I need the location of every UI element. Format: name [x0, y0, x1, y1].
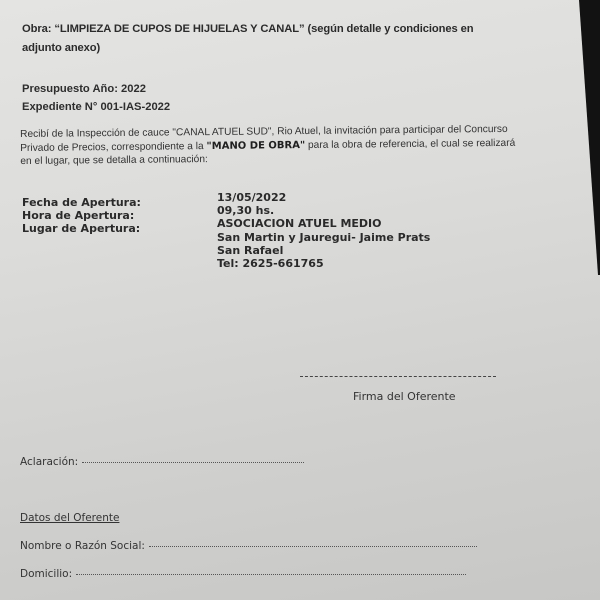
- expediente-text: Expediente N° 001-IAS-2022: [22, 101, 170, 113]
- obra-line-2: adjunto anexo): [22, 39, 473, 58]
- obra-title: Obra: “LIMPIEZA DE CUPOS DE HIJUELAS Y C…: [22, 20, 473, 58]
- section-title: Datos del Oferente: [20, 512, 119, 524]
- lugar-line-2: San Martin y Jauregui- Jaime Prats: [217, 231, 430, 244]
- nombre-dotted-line[interactable]: [149, 545, 477, 547]
- nombre-label: Nombre o Razón Social:: [20, 540, 145, 552]
- presupuesto-text: Presupuesto Año: 2022: [22, 83, 146, 95]
- domicilio-label: Domicilio:: [20, 568, 72, 580]
- lugar-label: Lugar de Apertura:: [22, 222, 141, 235]
- invitation-paragraph: Recibí de la Inspección de cauce "CANAL …: [20, 123, 520, 169]
- fecha-value: 13/05/2022: [217, 191, 430, 204]
- domicilio-field[interactable]: Domicilio:: [20, 568, 466, 580]
- fecha-label: Fecha de Apertura:: [22, 196, 141, 209]
- lugar-line-4: Tel: 2625-661765: [217, 257, 430, 270]
- lugar-line-1: ASOCIACION ATUEL MEDIO: [217, 217, 430, 230]
- domicilio-dotted-line[interactable]: [76, 573, 466, 575]
- mano-de-obra-emphasis: "MANO DE OBRA": [206, 140, 305, 152]
- opening-values: 13/05/2022 09,30 hs. ASOCIACION ATUEL ME…: [217, 191, 430, 270]
- aclaracion-field[interactable]: Aclaración:: [20, 456, 304, 468]
- signature-label: Firma del Oferente: [353, 390, 456, 403]
- obra-line-1: Obra: “LIMPIEZA DE CUPOS DE HIJUELAS Y C…: [22, 20, 473, 39]
- opening-labels: Fecha de Apertura: Hora de Apertura: Lug…: [22, 196, 141, 236]
- aclaracion-label: Aclaración:: [20, 456, 78, 468]
- hora-label: Hora de Apertura:: [22, 209, 141, 222]
- nombre-field[interactable]: Nombre o Razón Social:: [20, 540, 477, 552]
- signature-line[interactable]: [300, 376, 496, 377]
- hora-value: 09,30 hs.: [217, 204, 430, 217]
- lugar-line-3: San Rafael: [217, 244, 430, 257]
- aclaracion-dotted-line[interactable]: [82, 461, 304, 463]
